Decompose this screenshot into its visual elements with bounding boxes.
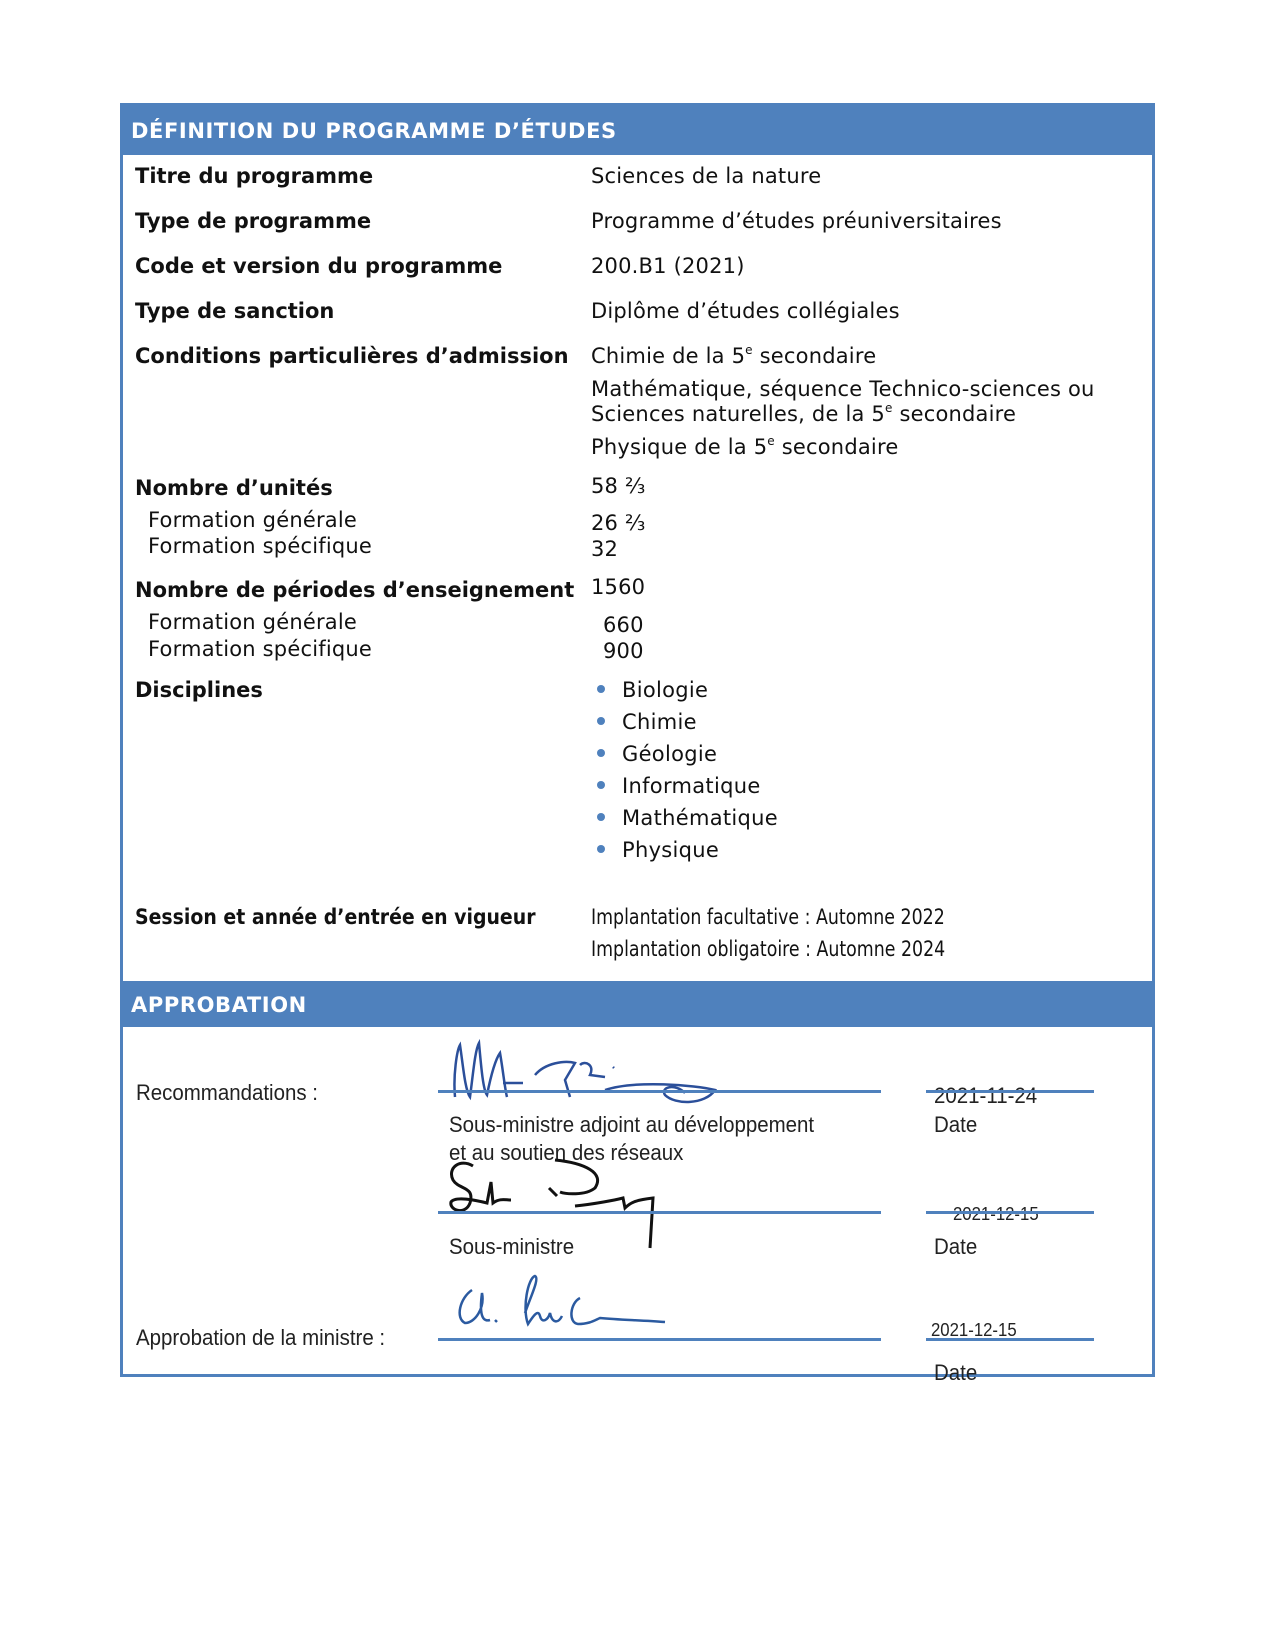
label-periodes: Nombre de périodes d’enseignement (135, 578, 574, 602)
signature-3 (450, 1268, 680, 1338)
date-label-1: Date (934, 1112, 977, 1138)
date-label-3: Date (934, 1360, 977, 1386)
label-unites-generale: Formation générale (148, 508, 357, 532)
condition-math-line1: Mathématique, séquence Technico-sciences… (591, 377, 1095, 401)
signature-1 (445, 1035, 745, 1115)
value-code: 200.B1 (2021) (591, 254, 745, 278)
bullet-icon (597, 685, 605, 693)
value-periodes-specifique: 900 (603, 639, 644, 663)
signature-line-2 (438, 1211, 881, 1214)
value-periodes: 1560 (591, 575, 645, 599)
discipline-item: Mathématique (622, 806, 778, 830)
discipline-item: Géologie (622, 742, 717, 766)
value-unites-generale: 26 ⅔ (591, 511, 646, 535)
discipline-item: Informatique (622, 774, 761, 798)
discipline-item: Chimie (622, 710, 697, 734)
label-unites: Nombre d’unités (135, 476, 333, 500)
label-type-programme: Type de programme (135, 209, 371, 233)
date-label-2: Date (934, 1234, 977, 1260)
bullet-icon (597, 781, 605, 789)
condition-math-line2: Sciences naturelles, de la 5e secondaire (591, 402, 1016, 426)
value-unites: 58 ⅔ (591, 474, 646, 498)
signature-line-1 (438, 1090, 881, 1093)
date-line-2 (926, 1211, 1094, 1214)
condition-chimie: Chimie de la 5e secondaire (591, 344, 876, 368)
label-periodes-generale: Formation générale (148, 610, 357, 634)
label-titre: Titre du programme (135, 164, 373, 188)
value-unites-specifique: 32 (591, 537, 618, 561)
label-disciplines: Disciplines (135, 678, 263, 702)
signature-line-3 (438, 1338, 881, 1341)
signer-2-title: Sous-ministre (449, 1234, 574, 1260)
bullet-icon (597, 845, 605, 853)
value-sanction: Diplôme d’études collégiales (591, 299, 900, 323)
bullet-icon (597, 717, 605, 725)
label-periodes-specifique: Formation spécifique (148, 637, 372, 661)
label-code: Code et version du programme (135, 254, 502, 278)
condition-physique: Physique de la 5e secondaire (591, 435, 898, 459)
value-periodes-generale: 660 (603, 613, 644, 637)
value-titre: Sciences de la nature (591, 164, 821, 188)
value-type-programme: Programme d’études préuniversitaires (591, 209, 1002, 233)
signer-1-date: 2021-11-24 (934, 1083, 1037, 1109)
signer-2-date: 2021-12-15 (953, 1204, 1039, 1225)
label-recommandations: Recommandations : (136, 1080, 318, 1106)
value-session-obligatoire: Implantation obligatoire : Automne 2024 (591, 937, 945, 961)
label-unites-specifique: Formation spécifique (148, 534, 372, 558)
discipline-item: Physique (622, 838, 719, 862)
bullet-icon (597, 813, 605, 821)
label-sanction: Type de sanction (135, 299, 334, 323)
section-header-definition: DÉFINITION DU PROGRAMME D’ÉTUDES (120, 103, 1155, 155)
label-approbation-ministre: Approbation de la ministre : (136, 1325, 385, 1351)
value-session-facultative: Implantation facultative : Automne 2022 (591, 905, 945, 929)
bullet-icon (597, 749, 605, 757)
section-header-approbation: APPROBATION (120, 981, 1155, 1027)
label-session: Session et année d’entrée en vigueur (135, 905, 536, 929)
label-conditions: Conditions particulières d’admission (135, 344, 569, 368)
discipline-item: Biologie (622, 678, 708, 702)
date-line-3 (926, 1338, 1094, 1341)
date-line-1 (926, 1090, 1094, 1093)
signer-1-title-line1: Sous-ministre adjoint au développement (449, 1112, 814, 1138)
